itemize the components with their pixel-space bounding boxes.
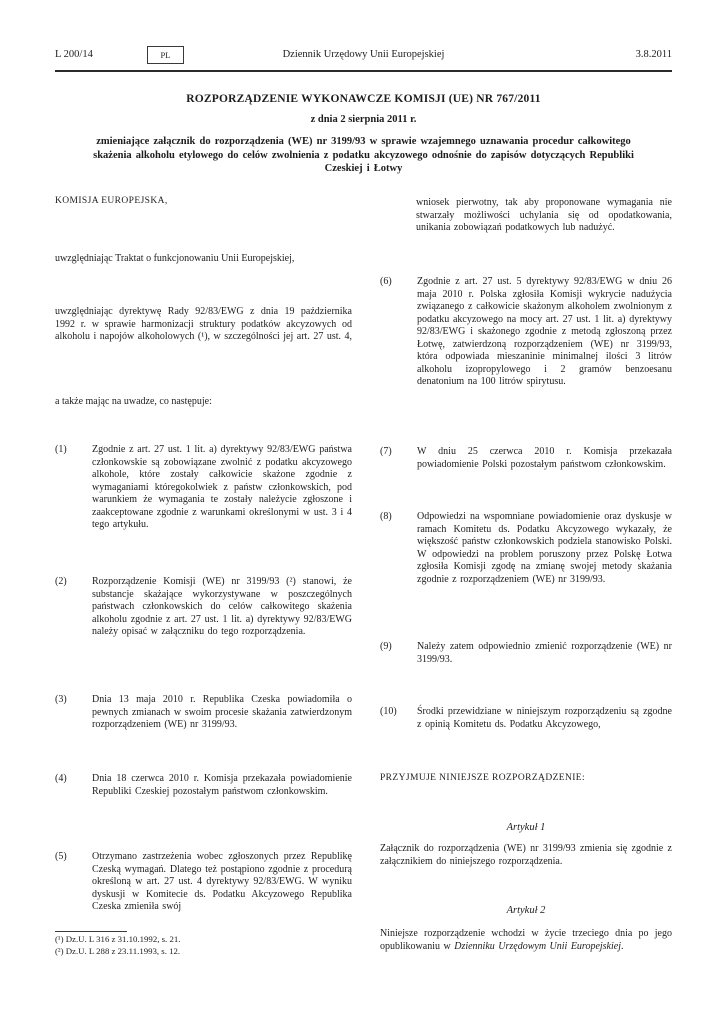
article-2-text: Niniejsze rozporządzenie wchodzi w życie… — [380, 928, 672, 953]
recital-number: (7) — [380, 446, 417, 471]
recital-2: (2) Rozporządzenie Komisji (WE) nr 3199/… — [55, 576, 352, 639]
recital-5-continuation: wniosek pierwotny, tak aby proponowane w… — [416, 197, 672, 235]
whereas-line: a także mając na uwadze, co następuje: — [55, 396, 352, 409]
recital-text: Otrzymano zastrzeżenia wobec zgłoszonych… — [92, 851, 352, 914]
journal-name-italic: Dzienniku Urzędowym Unii Europejskiej — [454, 941, 621, 952]
recital-text: Odpowiedzi na wspomniane powiadomienie o… — [417, 511, 672, 586]
recital-number: (8) — [380, 511, 417, 586]
recital-number: (4) — [55, 773, 92, 798]
recital-7: (7) W dniu 25 czerwca 2010 r. Komisja pr… — [380, 446, 672, 471]
header-date: 3.8.2011 — [55, 49, 672, 60]
recital-1: (1) Zgodnie z art. 27 ust. 1 lit. a) dyr… — [55, 444, 352, 532]
recital-text: Środki przewidziane w niniejszym rozporz… — [417, 706, 672, 731]
journal-page: L 200/14 PL Dziennik Urzędowy Unii Europ… — [0, 0, 725, 1024]
citation-directive: uwzględniając dyrektywę Rady 92/83/EWG z… — [55, 306, 352, 344]
recital-4: (4) Dnia 18 czerwca 2010 r. Komisja prze… — [55, 773, 352, 798]
regulation-title: ROZPORZĄDZENIE WYKONAWCZE KOMISJI (UE) N… — [55, 93, 672, 105]
recital-text: W dniu 25 czerwca 2010 r. Komisja przeka… — [417, 446, 672, 471]
header-rule — [55, 70, 672, 72]
recital-text: Dnia 13 maja 2010 r. Republika Czeska po… — [92, 694, 352, 732]
recital-number: (9) — [380, 641, 417, 666]
article-1-heading: Artykuł 1 — [380, 822, 672, 833]
regulation-subtitle: zmieniające załącznik do rozporządzenia … — [82, 135, 645, 176]
article-1-text: Załącznik do rozporządzenia (WE) nr 3199… — [380, 843, 672, 868]
recital-text: Rozporządzenie Komisji (WE) nr 3199/93 (… — [92, 576, 352, 639]
footnote-1: (¹) Dz.U. L 316 z 31.10.1992, s. 21. — [55, 934, 352, 946]
article-2-text-end: . — [621, 941, 624, 952]
footnote-2: (²) Dz.U. L 288 z 23.11.1993, s. 12. — [55, 946, 352, 958]
recital-8: (8) Odpowiedzi na wspomniane powiadomien… — [380, 511, 672, 586]
regulation-date-line: z dnia 2 sierpnia 2011 r. — [55, 114, 672, 125]
preamble-actor: KOMISJA EUROPEJSKA, — [55, 196, 352, 206]
recital-number: (5) — [55, 851, 92, 914]
recital-number: (1) — [55, 444, 92, 532]
recital-number: (10) — [380, 706, 417, 731]
recital-3: (3) Dnia 13 maja 2010 r. Republika Czesk… — [55, 694, 352, 732]
recital-6: (6) Zgodnie z art. 27 ust. 5 dyrektywy 9… — [380, 276, 672, 389]
recital-number: (3) — [55, 694, 92, 732]
recital-9: (9) Należy zatem odpowiednio zmienić roz… — [380, 641, 672, 666]
recital-text: Dnia 18 czerwca 2010 r. Komisja przekaza… — [92, 773, 352, 798]
recital-text: Zgodnie z art. 27 ust. 1 lit. a) dyrekty… — [92, 444, 352, 532]
footnote-rule — [55, 931, 127, 932]
enacting-formula: PRZYJMUJE NINIEJSZE ROZPORZĄDZENIE: — [380, 773, 672, 783]
recital-text: Należy zatem odpowiednio zmienić rozporz… — [417, 641, 672, 666]
recital-10: (10) Środki przewidziane w niniejszym ro… — [380, 706, 672, 731]
recital-5: (5) Otrzymano zastrzeżenia wobec zgłoszo… — [55, 851, 352, 914]
recital-text: Zgodnie z art. 27 ust. 5 dyrektywy 92/83… — [417, 276, 672, 389]
recital-number: (2) — [55, 576, 92, 639]
citation-treaty: uwzględniając Traktat o funkcjonowaniu U… — [55, 253, 352, 266]
article-2-heading: Artykuł 2 — [380, 905, 672, 916]
recital-number: (6) — [380, 276, 417, 389]
